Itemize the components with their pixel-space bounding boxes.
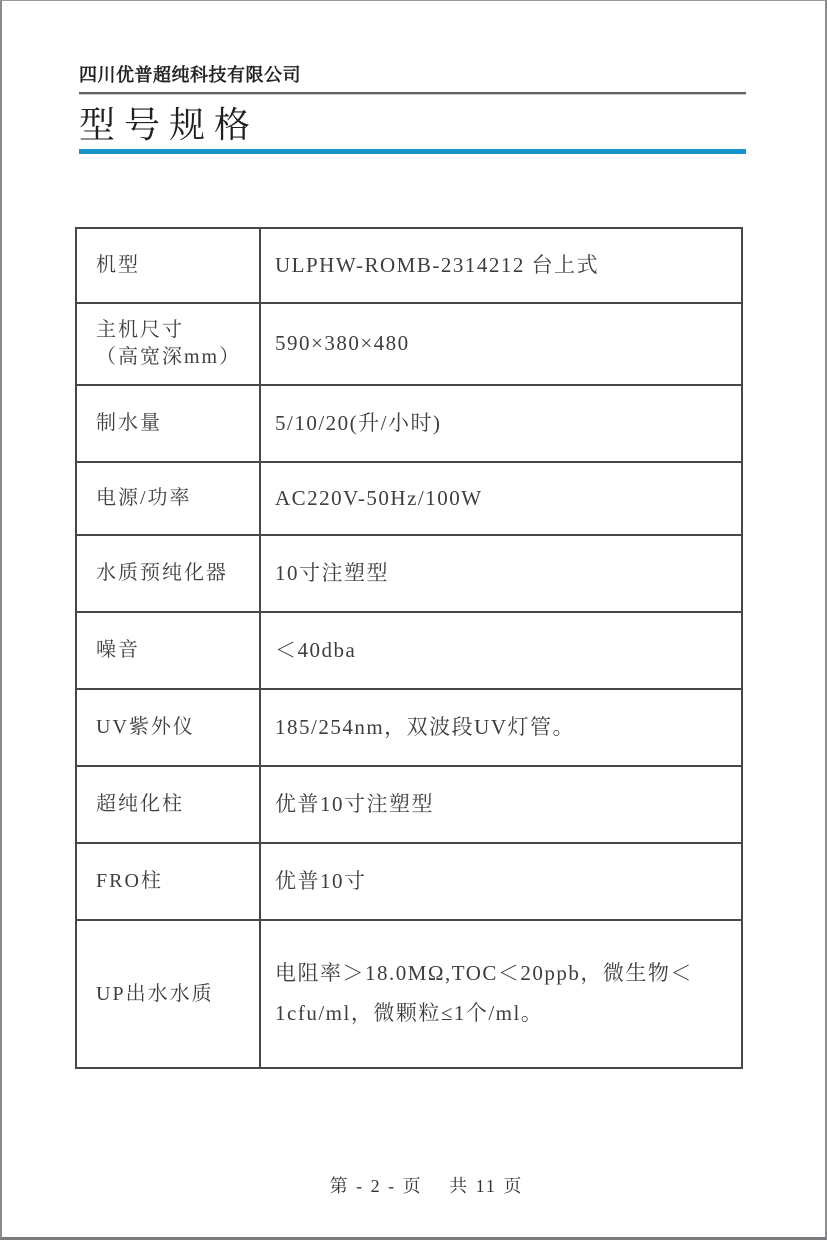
spec-label: UV紫外仪 <box>76 689 260 766</box>
table-row: 电源/功率AC220V-50Hz/100W <box>76 462 742 535</box>
table-row: UP出水水质电阻率＞18.0MΩ,TOC＜20ppb，微生物＜ 1cfu/ml，… <box>76 920 742 1068</box>
spec-label: 制水量 <box>76 385 260 462</box>
spec-label: 主机尺寸 （高宽深mm） <box>76 303 260 385</box>
table-row: 制水量5/10/20(升/小时) <box>76 385 742 462</box>
spec-value: 185/254nm，双波段UV灯管。 <box>260 689 742 766</box>
table-row: 机型ULPHW-ROMB-2314212 台上式 <box>76 228 742 303</box>
spec-value: 5/10/20(升/小时) <box>260 385 742 462</box>
spec-label: UP出水水质 <box>76 920 260 1068</box>
document-page: 四川优普超纯科技有限公司 型号规格 机型ULPHW-ROMB-2314212 台… <box>0 0 827 1240</box>
title-underline <box>79 149 746 154</box>
spec-table-body: 机型ULPHW-ROMB-2314212 台上式主机尺寸 （高宽深mm）590×… <box>76 228 742 1068</box>
spec-label: 电源/功率 <box>76 462 260 535</box>
spec-label: 机型 <box>76 228 260 303</box>
spec-value: 10寸注塑型 <box>260 535 742 612</box>
table-row: 水质预纯化器10寸注塑型 <box>76 535 742 612</box>
spec-value: 优普10寸注塑型 <box>260 766 742 843</box>
page-title: 型号规格 <box>79 107 746 143</box>
spec-label: FRO柱 <box>76 843 260 920</box>
spec-label: 超纯化柱 <box>76 766 260 843</box>
spec-value: 电阻率＞18.0MΩ,TOC＜20ppb，微生物＜ 1cfu/ml，微颗粒≤1个… <box>260 920 742 1068</box>
table-row: 超纯化柱优普10寸注塑型 <box>76 766 742 843</box>
company-name: 四川优普超纯科技有限公司 <box>79 61 746 94</box>
spec-value: ULPHW-ROMB-2314212 台上式 <box>260 228 742 303</box>
spec-label: 噪音 <box>76 612 260 689</box>
spec-value: 590×380×480 <box>260 303 742 385</box>
table-row: UV紫外仪185/254nm，双波段UV灯管。 <box>76 689 742 766</box>
document-header: 四川优普超纯科技有限公司 型号规格 <box>79 61 746 154</box>
table-row: FRO柱优普10寸 <box>76 843 742 920</box>
spec-label: 水质预纯化器 <box>76 535 260 612</box>
spec-value: ＜40dba <box>260 612 742 689</box>
page-number-text: 第 - 2 - 页 共 11 页 <box>330 1176 524 1196</box>
spec-table: 机型ULPHW-ROMB-2314212 台上式主机尺寸 （高宽深mm）590×… <box>75 227 743 1069</box>
table-row: 主机尺寸 （高宽深mm）590×380×480 <box>76 303 742 385</box>
table-row: 噪音＜40dba <box>76 612 742 689</box>
spec-value: AC220V-50Hz/100W <box>260 462 742 535</box>
spec-value: 优普10寸 <box>260 843 742 920</box>
page-footer: 第 - 2 - 页 共 11 页 <box>2 1151 825 1219</box>
